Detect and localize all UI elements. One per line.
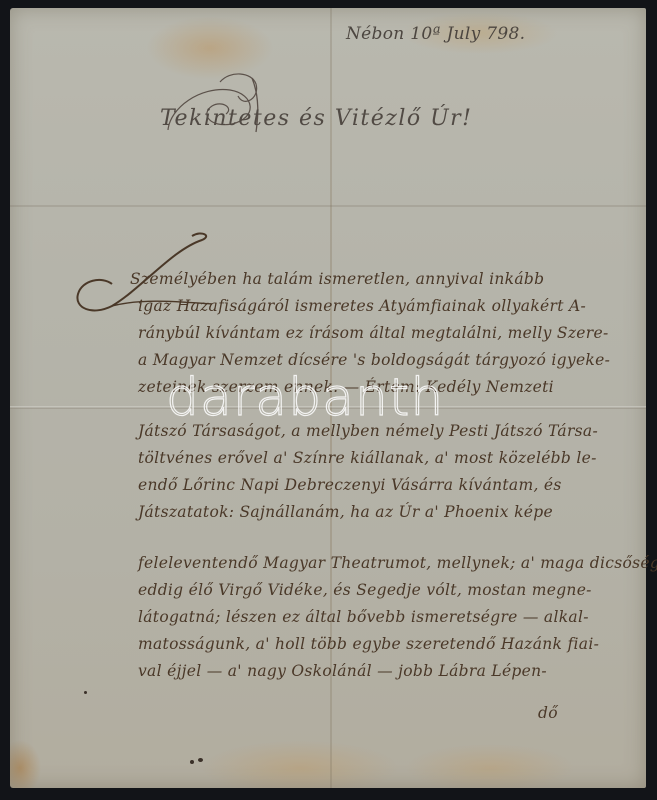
body-line: Játszatatok: Sajnállanám, ha az Úr a' Ph…: [138, 503, 553, 521]
body-line: töltvénes erővel a' Színre kiállanak, a'…: [138, 449, 597, 467]
body-line: látogatná; lészen ez által bővebb ismere…: [138, 608, 589, 626]
body-line: matosságunk, a' holl több egybe szereten…: [138, 635, 599, 653]
ink-spot: [190, 760, 194, 764]
ink-spot: [198, 758, 203, 762]
body-line: a Magyar Nemzet dícsére 's boldogságát t…: [138, 351, 610, 369]
body-line: eddig élő Virgő Vidéke, és Segedje vólt,…: [138, 581, 592, 599]
body-line: val éjjel — a' nagy Oskolánál — jobb Láb…: [138, 662, 547, 680]
salutation: Tekintetes és Vitézlő Úr!: [160, 106, 473, 131]
body-line: feleleventendő Magyar Theatrumot, mellyn…: [138, 554, 657, 572]
body-line: Személyében ha talám ismeretlen, annyiva…: [130, 270, 544, 288]
horizontal-fold-crease-upper: [10, 205, 646, 207]
body-line: ránybúl kívántam ez írásom által megtalá…: [138, 324, 609, 342]
document-viewer: Nébon 10ª July 798. Tekintetes és Vitézl…: [0, 0, 657, 800]
body-line: endő Lőrinc Napi Debreczenyi Vásárra kív…: [138, 476, 562, 494]
watermark-text: darabanth: [166, 368, 444, 428]
body-line: igaz Hazafiságáról ismeretes Atyámfiaina…: [138, 297, 586, 315]
body-line: dő: [538, 704, 558, 722]
ink-spot: [84, 691, 87, 694]
date-line: Nébon 10ª July 798.: [346, 24, 525, 44]
